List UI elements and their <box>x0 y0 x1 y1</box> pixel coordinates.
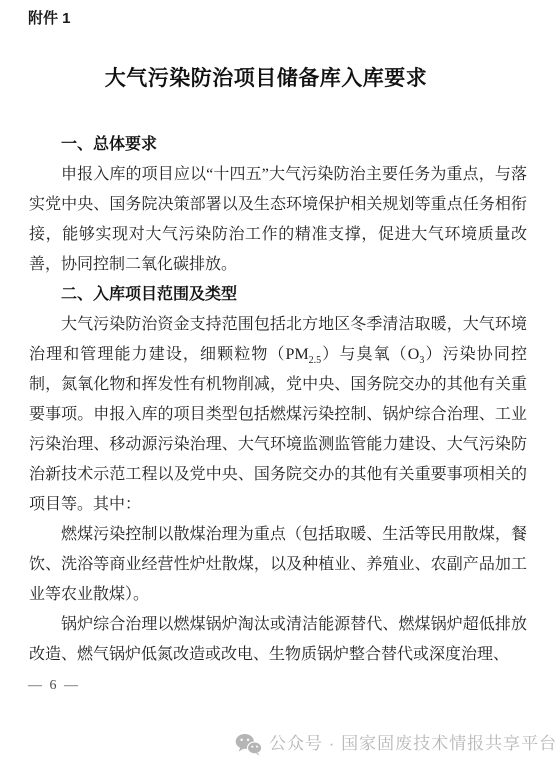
attachment-label: 附件 1 <box>28 10 71 28</box>
section-heading-overall-requirements: 一、总体要求 <box>29 130 527 160</box>
wechat-icon <box>235 733 262 756</box>
document-body: 一、总体要求 申报入库的项目应以“十四五”大气污染防治主要任务为重点，与落实党中… <box>29 130 527 670</box>
paragraph-funding-scope: 大气污染防治资金支持范围包括北方地区冬季清洁取暖，大气环境治理和管理能力建设，细… <box>29 310 527 520</box>
watermark: 公众号 · 国家固废技术情报共享平台 <box>235 732 556 756</box>
paragraph-coal-pollution-control: 燃煤污染控制以散煤治理为重点（包括取暖、生活等民用散煤，餐饮、洗浴等商业经营性炉… <box>29 520 527 610</box>
paragraph-boiler-treatment: 锅炉综合治理以燃煤锅炉淘汰或清洁能源替代、燃煤锅炉超低排放改造、燃气锅炉低氮改造… <box>29 610 527 670</box>
section-heading-project-scope-types: 二、入库项目范围及类型 <box>29 280 527 310</box>
document-page: 附件 1 大气污染防治项目储备库入库要求 一、总体要求 申报入库的项目应以“十四… <box>0 0 556 766</box>
paragraph-overall-requirements: 申报入库的项目应以“十四五”大气污染防治主要任务为重点，与落实党中央、国务院决策… <box>29 160 527 280</box>
document-title: 大气污染防治项目储备库入库要求 <box>0 64 556 92</box>
page-number: — 6 — <box>28 678 80 694</box>
watermark-text: 公众号 · 国家固废技术情报共享平台 <box>269 732 556 756</box>
